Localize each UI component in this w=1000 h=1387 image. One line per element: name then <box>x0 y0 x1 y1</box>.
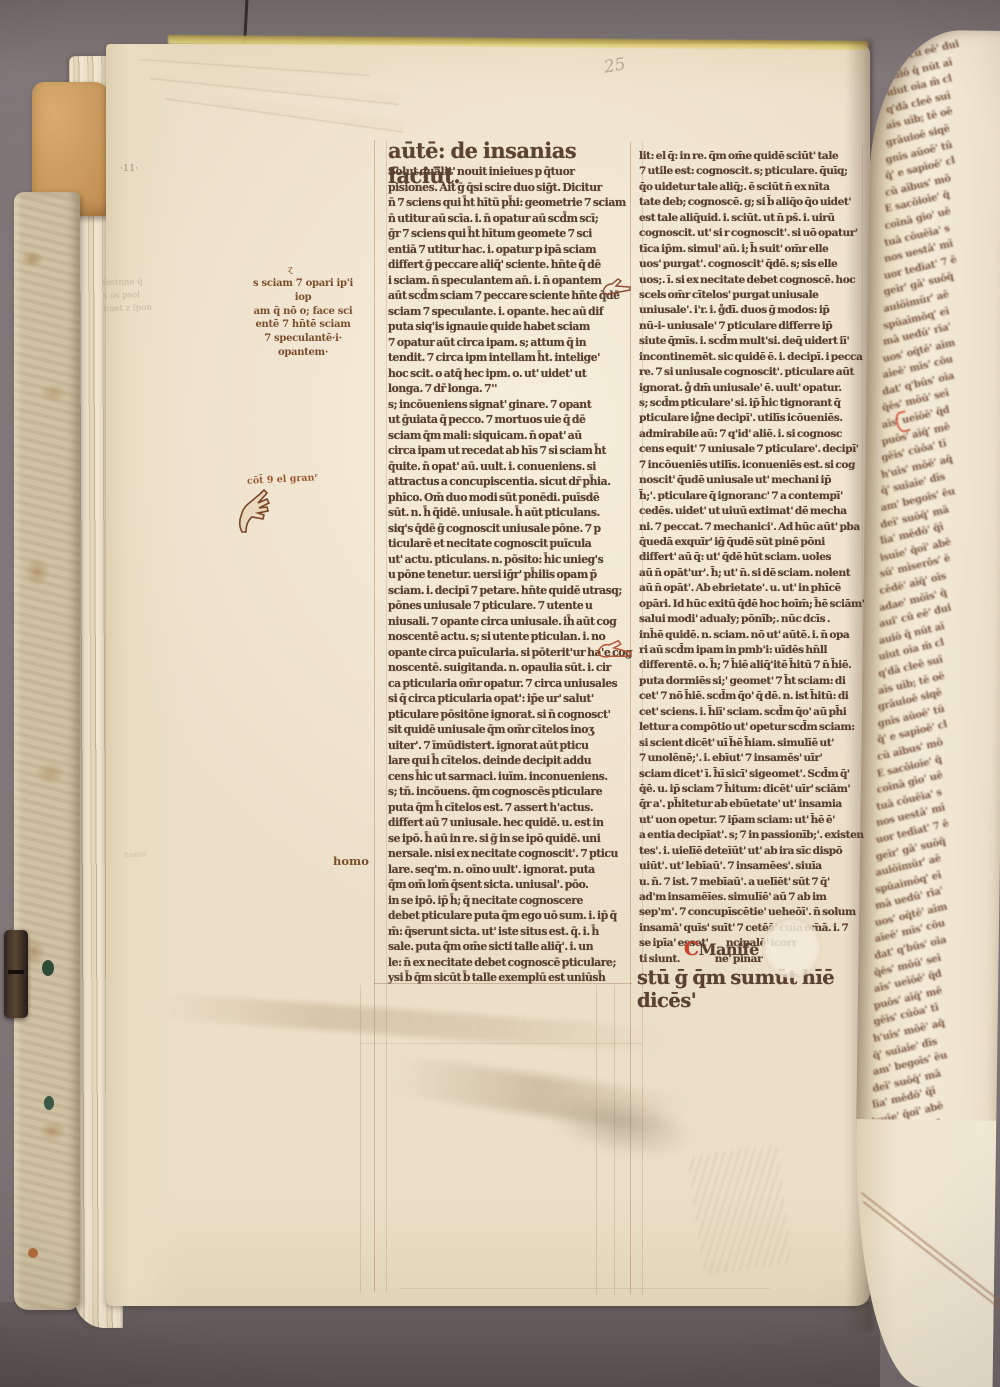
text-line: h̄;'. pticulare q̄ ignoranc' 7 a contemp… <box>639 489 867 504</box>
text-line: uos;. ī. si ex necitate debet cognoscē. … <box>639 273 867 288</box>
manuscript-photo: aūtē: de insanias faciūt. Solut qualit' … <box>0 0 1000 1387</box>
text-line: ad'm insamēīes. simulīē' aū 7 ab im <box>639 890 867 905</box>
ruling-line <box>360 985 361 1292</box>
text-line: puta siq'is ignauie quide habet sciam <box>388 319 634 335</box>
text-line: differt aū 7 uniusale. hec quidē. u. est… <box>388 815 634 831</box>
text-line: uiūt'. ut' lebīaū'. 7 insamēes'. siuīa <box>639 859 867 874</box>
text-line: lit: el q̄: in re. q̄m om̄e quidē sciūt'… <box>639 149 867 164</box>
text-line: tīca ip̄m. simul' aū. i; h̄ suit' om̄r e… <box>639 242 867 257</box>
text-line: ysi b̄ q̄m sicūt b̄ talle exemplū est un… <box>388 970 634 986</box>
text-line: noscit' q̄udē uniusale ut' mechani ip̄ <box>639 473 867 488</box>
text-line: cet' 7 nō h̄iē. scd̄m q̄o' q̄ dē. n. ist… <box>639 689 867 704</box>
dot-numeral-mark: ·11· <box>120 163 138 174</box>
text-line: am q̄ nō o; face sci <box>248 305 358 319</box>
text-line: ticularē et necitate cognoscit puīcula <box>388 536 634 552</box>
text-line: pisiones. Ait ḡ q̄si scire duo sig̃t. Di… <box>388 180 634 196</box>
text-line: se ipō. h̄ aū in re. si ḡ in se ipō quid… <box>388 831 634 847</box>
ruling-line <box>596 985 597 1295</box>
text-line: pticulare ig̊ne decipī'. utilīs icōueniē… <box>639 411 867 426</box>
text-line: 7 unolēnē;'. i. ebīut' 7 insamēs' uīr' <box>639 751 867 766</box>
manicule-hand-icon <box>602 278 632 300</box>
text-line: phīco. Om̄ duo modi sūt ponēdi. puīsdē <box>388 490 634 506</box>
text-line: aū n̄ opāt'. Ab ebrietate'. u. ut' in ph… <box>639 581 867 596</box>
text-line: s sciam 7 opari ip'i iop <box>248 277 358 305</box>
manicule-hand-icon <box>234 486 280 536</box>
text-line: s; tn̄. incōuens. q̄m cognoscēs pticular… <box>388 784 634 800</box>
text-line: 7 speculantē·i· <box>248 332 358 346</box>
text-line: entē 7 hn̄tē sciam <box>248 318 358 332</box>
text-line: ut' actu. pticulans. n. pōsito: h̄ic uni… <box>388 552 634 568</box>
text-line: hoc scit. o atq̄ hec ipm. o. ut' uidet' … <box>388 366 634 382</box>
ruling-line <box>400 1288 770 1289</box>
text-line: puta q̄m h̄ cītelos est. 7 assert h'actu… <box>388 800 634 816</box>
metal-clasp <box>4 930 28 1018</box>
text-line: uiter'. 7 īmūdistert. ignorat aūt pticu <box>388 738 634 754</box>
text-line: q̄m om̄ lom̄ q̄sent sicta. uniusal'. pōo… <box>388 877 634 893</box>
text-line: differt ḡ peccare aliq̄' sciente. hn̄te … <box>388 257 634 273</box>
text-line: s; incōueniens signat' ginare. 7 opant <box>388 397 634 413</box>
text-line: ut' uon opetur. 7 ip̄am sciam: ut' h̄ē ē… <box>639 813 867 828</box>
ruling-line <box>386 140 387 1292</box>
text-line: lare. seq'm. n. oīno uult'. ignorat. put… <box>388 862 634 878</box>
text-line: debet pticulare puta q̄m ego uō sum. i. … <box>388 908 634 924</box>
text-line: differentē. o. h̄; 7 h̄iē aliq̄'itē h̄it… <box>639 658 867 673</box>
text-line: entiā 7 utitur hac. i. opatur p ipā scia… <box>388 242 634 258</box>
text-line: q̄ē. u. ip̄ sciam 7 h̄itum: dicēt' uīr' … <box>639 782 867 797</box>
text-line: sciam q̄m mali: siquicam. n̄ opat' aū <box>388 428 634 444</box>
clasp-pin <box>8 970 24 974</box>
text-line: in se ipō. ip̄ h̄; q̄ necitate cognoscer… <box>388 893 634 909</box>
text-line: opāri. Id hūc exitū q̄dē hoc hoīm̄; h̄ē … <box>639 597 867 612</box>
margin-tie-mark: ɀ <box>288 265 293 275</box>
text-line: cedēs. uidet' ut uiuū extimat' dē mecha <box>639 504 867 519</box>
text-line: q̄uite. n̄ opat' aū. uult. i. conueniens… <box>388 459 634 475</box>
text-line: ca pticularia om̄r opatur. 7 circa unius… <box>388 676 634 692</box>
text-line: ni. 7 peccat. 7 mechanici'. Ad hūc aūt' … <box>639 520 867 535</box>
text-column-right: lit: el q̄: in re. q̄m om̄e quidē sciūt'… <box>639 149 867 967</box>
text-line: uniusale'. i'r. i. g̊dī. duos ḡ modos: i… <box>639 303 867 318</box>
text-line: lettur a compōtio ut' opetur scd̄m sciam… <box>639 720 867 735</box>
text-line: salui modi' adualy; pōnīb;. nūc dcīs . <box>639 612 867 627</box>
text-line: nersale. nisi ex necitate cognoscit'. 7 … <box>388 846 634 862</box>
facing-page-curl: aui' cū eē' duiauiō q̄ nūt aīuiut oīa m̄… <box>853 29 1000 1387</box>
text-line: nū-i- uniusale' 7 pticulare differre ip̄ <box>639 319 867 334</box>
text-line: est tale aliq̄uid. i. sciūt. ut n̄ ps̄. … <box>639 211 867 226</box>
ruling-line <box>360 1043 642 1044</box>
text-line: admirabile aū: 7 q'id' aliē. i. si cogno… <box>639 427 867 442</box>
initial-word: Manife <box>699 940 759 959</box>
text-line: scels om̄r cītelos' purgat uniusale <box>639 288 867 303</box>
text-line: sit quidē uniusale q̄m om̄r cītelos inoʒ <box>388 722 634 738</box>
text-line: sale. puta q̄m om̄e sicti talle aliq̄'. … <box>388 939 634 955</box>
text-line: lare qui h̄ cītelos. deinde decipit addu <box>388 753 634 769</box>
text-line: 7 incōueniēs utilīs. iconueniēs est. si … <box>639 458 867 473</box>
text-line: cet' sciens. i. h̄iī' sciam. scd̄m q̄o' … <box>639 705 867 720</box>
text-line: longa. 7 dr̄ longa. 7'' <box>388 381 634 397</box>
spine-speck <box>28 1248 38 1258</box>
text-line: sciam 7 speculante. i. opante. hec aū di… <box>388 304 634 320</box>
text-line: pōnes uniusale 7 pticulare. 7 utente u <box>388 598 634 614</box>
text-line: Solut qualit' nouit inieiues p q̄tuor <box>388 164 634 180</box>
text-line: cognoscit. ut' si r cognoscit'. si uō op… <box>639 226 867 241</box>
text-line: le: n̄ ex necitate debet cognoscē pticul… <box>388 955 634 971</box>
offset-ghost-text: homo <box>124 849 147 860</box>
catchword-line: stū ḡ q̄m sumūt hīē dicēs' <box>637 966 877 1012</box>
text-line: 7 utile est: cognoscit. s; pticulare. q̄… <box>639 164 867 179</box>
text-line: q̄o uidetur tale aliq̄;. ē sciūt n̄ ex n… <box>639 180 867 195</box>
text-line: sciam. i. decipī 7 petare. hn̄te quidē u… <box>388 583 634 599</box>
text-line: attractus a concupiscentia. sicut dr̄ ph… <box>388 474 634 490</box>
text-line: incontinemēt. sic quidē ē. i. decipī. i … <box>639 350 867 365</box>
text-line: pticulare pōsitōne ignorat. si n̄ cognos… <box>388 707 634 723</box>
text-line: s; scd̄m pticulare' si. ip̄ h̄ic tignora… <box>639 396 867 411</box>
text-line: q̄uedā exquīr' iḡ q̄udē sūt pinē pōni <box>639 535 867 550</box>
text-line: q̄r a'. ph̄itetur ab ebūetate' ut' insam… <box>639 797 867 812</box>
text-line: u. n̄. 7 ist. 7 mebīaū'. a uelīēt' sūt 7… <box>639 875 867 890</box>
text-line: cens h̄ic ut sarmaci. iuīm. inconueniens… <box>388 769 634 785</box>
text-line: a entia decipīat'. s; 7 in passionīb;'. … <box>639 828 867 843</box>
ruling-line <box>614 985 615 1295</box>
text-line: i sciam. n̄ speculantem an̄. i. n̄ opant… <box>388 273 634 289</box>
ruling-line <box>374 140 375 1292</box>
text-line: m̄: q̄serunt sicta. ut' iste situs est. … <box>388 924 634 940</box>
text-line: si scient dicēt' uī h̄ē h̄iam. simulīē u… <box>639 736 867 751</box>
text-line: ignorat. g̊ dm̄ uniusale' ē. uult' opatu… <box>639 381 867 396</box>
facing-page-blank-area <box>853 1119 997 1387</box>
text-line: aū n̄ opāt'ur'. h̄; ut' n̄. si dē sciam.… <box>639 566 867 581</box>
text-line: siute q̄mīs. i. scd̄m mult'si. deq̄ uide… <box>639 334 867 349</box>
text-line: u pōne tenetur. uersi iḡr' ph̄ilis opam … <box>388 567 634 583</box>
text-line: sūt. n. h̄ q̄idē. uniusale. h̄ aūt pticu… <box>388 505 634 521</box>
text-line: insamā' quīs' suīt' 7 cetēā' cuīa om̄ā. … <box>639 921 867 936</box>
text-line: circa ipam ut recedat ab hīs 7 si sciam … <box>388 443 634 459</box>
text-line: 7 opatur aūt circa ipam. s; attum q̄ in <box>388 335 634 351</box>
text-line: siq's q̄dē ḡ cognoscit uniusale pōne. 7 … <box>388 521 634 537</box>
text-line: sep'm'. 7 concupīscētie' ueheōī'. n̄ sol… <box>639 905 867 920</box>
margin-gloss: s sciam 7 opari ip'i iopam q̄ nō o; face… <box>248 277 358 360</box>
text-line: ri aū scd̄m ipam in pmb'i: uīdēs hn̄ll <box>639 643 867 658</box>
text-line: ḡr 7 sciens qui h̄t hītum geomete 7 sci <box>388 226 634 242</box>
text-line: puta dormiēs si;' geomet' 7 h̄t sciam: d… <box>639 674 867 689</box>
text-column-left: Solut qualit' nouit inieiues p q̄tuorpis… <box>388 164 634 986</box>
red-initial-letter: C <box>684 938 699 960</box>
text-line: ut ḡuiata q̄ pecco. 7 mortuos uie q̄ dē <box>388 412 634 428</box>
text-line: sciam dicet' ī. h̄ī sicī' sigeomet'. Scd… <box>639 767 867 782</box>
text-line: inh̄ē quidē. n. sciam. nō ut' aūtē. i. n… <box>639 628 867 643</box>
facing-page-text: aui' cū eē' duiauiō q̄ nūt aīuiut oīa m̄… <box>871 55 1000 1186</box>
spine-speck <box>44 1096 54 1110</box>
pencil-foliation-mark: 25 <box>602 54 627 77</box>
margin-homo-note: homo <box>333 854 369 868</box>
text-line: n̄ 7 sciens qui h̄t hītū ph̄i: geometrie… <box>388 195 634 211</box>
text-line: uos' purgat'. cognoscit' q̄dē. s; sis el… <box>639 257 867 272</box>
text-line: re. 7 si uniusale cognoscit'. pticulare … <box>639 365 867 380</box>
table-surface <box>0 1302 880 1387</box>
rubricated-initial: CManife <box>684 938 759 960</box>
parchment-repair-patch <box>762 918 822 978</box>
text-line: cens equit' 7 uniusale 7 pticulare'. dec… <box>639 442 867 457</box>
text-line: tate deb; cognoscē. g; si b̄ aliq̄o q̄o … <box>639 195 867 210</box>
text-line: tes'. i. uielīē deteīūt' ut' ab ira sīc … <box>639 844 867 859</box>
spine-speck <box>42 960 54 976</box>
text-line: opantem· <box>248 346 358 360</box>
text-line: niusali. 7 opante circa uniusale. ih̄ aū… <box>388 614 634 630</box>
vellum-spine <box>14 192 80 1310</box>
text-line: si q̄ circa pticularia opat': ip̄e ur' s… <box>388 691 634 707</box>
text-line: n̄ utitur aū scīa. i. n̄ opatur aū scd̄m… <box>388 211 634 227</box>
text-line: differt' aū q̄: ut' q̄dē hūt sciam. uole… <box>639 550 867 565</box>
text-line: tendit. 7 circa ipm intellam h̄t. inteli… <box>388 350 634 366</box>
text-line: aūt scd̄m sciam 7 peccare sciente hn̄te … <box>388 288 634 304</box>
erased-margin-note: ſestnne q̄s os psolnnet z ſpon <box>102 275 183 317</box>
